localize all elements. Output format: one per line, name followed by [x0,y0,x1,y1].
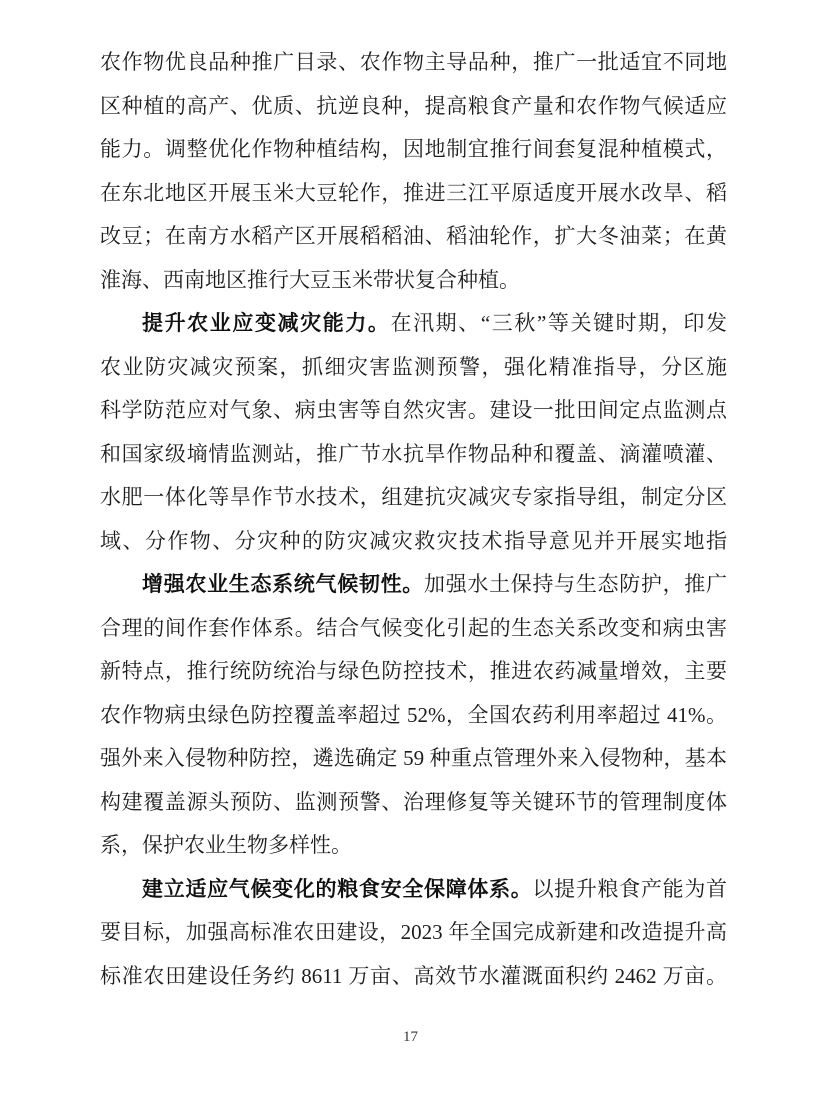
text-line-content: 系，保护农业生物多样性。 [100,833,352,857]
text-line: 区种植的高产、优质、抗逆良种，提高粮食产量和农作物气候适应 [100,85,727,129]
text-line: 农业防灾减灾预案，抓细灾害监测预警，强化精准指导，分区施策、 [100,346,727,390]
text-line-content: 区种植的高产、优质、抗逆良种，提高粮食产量和农作物气候适应 [100,94,727,118]
text-line-content: 改豆；在南方水稻产区开展稻稻油、稻油轮作，扩大冬油菜；在黄 [100,224,727,248]
text-line-content: 新特点，推行统防统治与绿色防控技术，推进农药减量增效，主要 [100,659,727,683]
text-line: 要目标，加强高标准农田建设，2023 年全国完成新建和改造提升高 [100,911,727,955]
text-line-content: 标准农田建设任务约 8611 万亩、高效节水灌溉面积约 2462 万亩。 [100,964,727,988]
text-line-content: 水肥一体化等旱作节水技术，组建抗灾减灾专家指导组，制定分区 [100,485,727,509]
text-line: 水肥一体化等旱作节水技术，组建抗灾减灾专家指导组，制定分区 [100,476,727,520]
text-line: 能力。调整优化作物种植结构，因地制宜推行间套复混种植模式， [100,128,727,172]
text-line: 合理的间作套作体系。结合气候变化引起的生态关系改变和病虫害 [100,607,727,651]
text-line-content: 合理的间作套作体系。结合气候变化引起的生态关系改变和病虫害 [100,616,727,640]
text-line-content: 构建覆盖源头预防、监测预警、治理修复等关键环节的管理制度体 [100,790,727,814]
text-line: 强外来入侵物种防控，遴选确定 59 种重点管理外来入侵物种，基本 [100,737,727,781]
paragraph-lead: 增强农业生态系统气候韧性。 [142,572,424,596]
paragraph-lead: 提升农业应变减灾能力。 [142,311,391,335]
text-line: 淮海、西南地区推行大豆玉米带状复合种植。 [100,259,727,303]
text-line-content: 农业防灾减灾预案，抓细灾害监测预警，强化精准指导，分区施策、 [100,355,727,390]
text-line-content: 强外来入侵物种防控，遴选确定 59 种重点管理外来入侵物种，基本 [100,746,727,770]
text-line: 在东北地区开展玉米大豆轮作，推进三江平原适度开展水改旱、稻 [100,172,727,216]
text-line-content: 农作物优良品种推广目录、农作物主导品种，推广一批适宜不同地 [100,50,727,74]
text-line-content: 和国家级墒情监测站，推广节水抗旱作物品种和覆盖、滴灌喷灌、 [100,442,727,466]
text-line-content: 域、分作物、分灾种的防灾减灾救灾技术指导意见并开展实地指导。 [100,529,727,564]
document-page: 农作物优良品种推广目录、农作物主导品种，推广一批适宜不同地区种植的高产、优质、抗… [0,0,821,1099]
text-line: 建立适应气候变化的粮食安全保障体系。以提升粮食产能为首 [100,868,727,912]
text-line-content: 以提升粮食产能为首 [532,877,727,901]
text-line: 构建覆盖源头预防、监测预警、治理修复等关键环节的管理制度体 [100,781,727,825]
text-line: 农作物病虫绿色防控覆盖率超过 52%，全国农药利用率超过 41%。加 [100,694,727,738]
text-line: 农作物优良品种推广目录、农作物主导品种，推广一批适宜不同地 [100,41,727,85]
text-line-content: 要目标，加强高标准农田建设，2023 年全国完成新建和改造提升高 [100,920,727,944]
page-number: 17 [0,1026,821,1048]
text-line-content: 科学防范应对气象、病虫害等自然灾害。建设一批田间定点监测点 [100,398,727,422]
text-line: 增强农业生态系统气候韧性。加强水土保持与生态防护，推广 [100,563,727,607]
text-line: 提升农业应变减灾能力。在汛期、“三秋”等关键时期，印发 [100,302,727,346]
text-line: 改豆；在南方水稻产区开展稻稻油、稻油轮作，扩大冬油菜；在黄 [100,215,727,259]
text-line: 和国家级墒情监测站，推广节水抗旱作物品种和覆盖、滴灌喷灌、 [100,433,727,477]
text-line-content: 在汛期、“三秋”等关键时期，印发 [391,311,728,335]
text-line: 新特点，推行统防统治与绿色防控技术，推进农药减量增效，主要 [100,650,727,694]
text-line-content: 加强水土保持与生态防护，推广 [424,572,727,596]
text-line-content: 在东北地区开展玉米大豆轮作，推进三江平原适度开展水改旱、稻 [100,181,727,205]
text-line: 标准农田建设任务约 8611 万亩、高效节水灌溉面积约 2462 万亩。 [100,955,727,999]
paragraph-lead: 建立适应气候变化的粮食安全保障体系。 [142,877,532,901]
text-line: 域、分作物、分灾种的防灾减灾救灾技术指导意见并开展实地指导。 [100,520,727,564]
text-line: 科学防范应对气象、病虫害等自然灾害。建设一批田间定点监测点 [100,389,727,433]
text-line-content: 能力。调整优化作物种植结构，因地制宜推行间套复混种植模式， [100,137,727,161]
text-line-content: 农作物病虫绿色防控覆盖率超过 52%，全国农药利用率超过 41%。加 [100,703,727,738]
text-line-content: 淮海、西南地区推行大豆玉米带状复合种植。 [100,268,520,292]
text-line: 系，保护农业生物多样性。 [100,824,727,868]
page-body-text: 农作物优良品种推广目录、农作物主导品种，推广一批适宜不同地区种植的高产、优质、抗… [100,41,727,998]
